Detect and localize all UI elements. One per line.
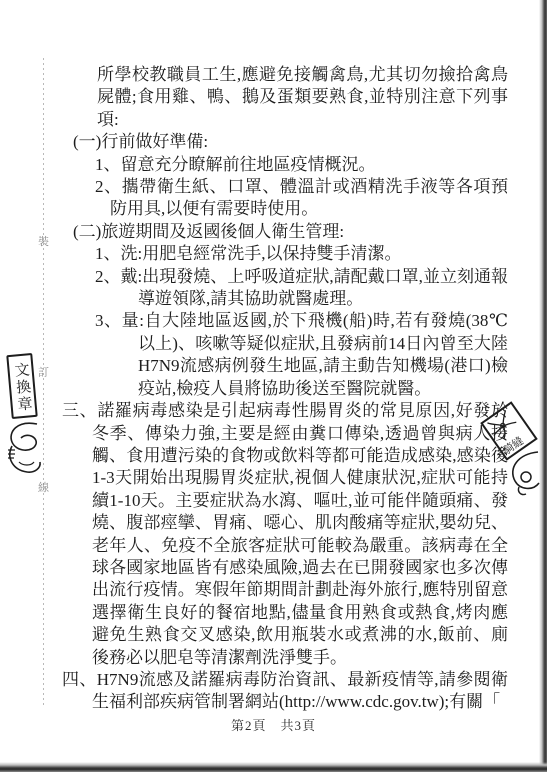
paragraph: 3、量:自大陸地區返國,於下飛機(船)時,若有發燒(38℃以上)、咳嗽等疑似症狀… [95,310,508,400]
scanned-page: { "document": { "paragraphs": [ {"style"… [0,0,547,772]
paragraph: 1、留意充分瞭解前往地區疫情概況。 [95,154,508,176]
paragraph: (一)行前做好準備: [73,131,508,153]
document-body: 所學校教職員工生,應避免接觸禽鳥,尤其切勿撿拾禽鳥屍體;食用雞、鴨、鵝及蛋類要熟… [62,64,508,714]
paragraph: 1、洗:用肥皂經常洗手,以保持雙手清潔。 [95,243,508,265]
paragraph: 三、諾羅病毒感染是引起病毒性腸胃炎的常見原因,好發於冬季、傳染力強,主要是經由糞… [62,400,508,669]
paragraph: 四、H7N9流感及諾羅病毒防治資訊、最新疫情等,請參閱衛生福利部疾病管制署網站(… [62,669,508,714]
paragraph: 所學校教職員工生,應避免接觸禽鳥,尤其切勿撿拾禽鳥屍體;食用雞、鴨、鵝及蛋類要熟… [97,64,508,131]
paragraph: (二)旅遊期間及返國後個人衛生管理: [73,221,508,243]
scan-edge-bottom [0,762,547,772]
left-seal: 文換章 [5,354,45,480]
scan-edge-right [539,0,547,772]
paragraph: 2、戴:出現發燒、上呼吸道症狀,請配戴口罩,並立刻通報導遊領隊,請其協助就醫處理… [95,266,508,311]
binding-mark-zhuang: 裝 [37,236,50,249]
left-seal-text: 文換章 [6,353,37,419]
paragraph: 2、攜帶衛生紙、口罩、體溫計或酒精洗手液等各項預防用具,以便有需要時使用。 [95,176,508,221]
left-seal-swirl-icon [5,420,45,478]
right-seal-swirl-icon [506,450,542,496]
binding-mark-xian: 線 [37,482,50,495]
page-footer: 第2頁 共3頁 [0,715,547,734]
